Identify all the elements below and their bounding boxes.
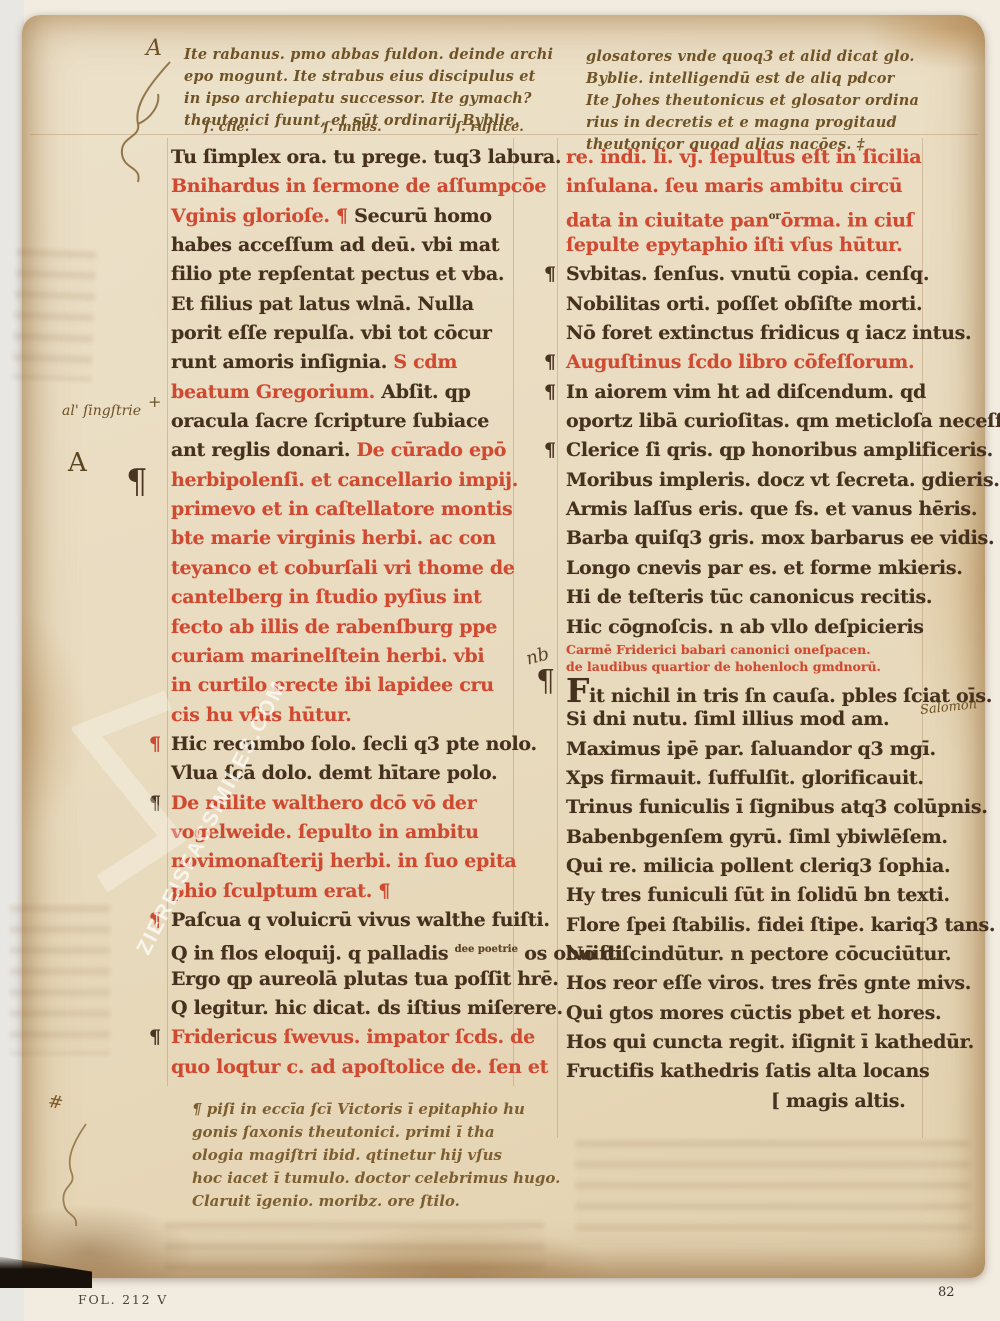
text-segment: cantelberg in ſtudio pyſius int [171, 586, 482, 608]
text-segment: beatum Gregorium. [171, 381, 381, 403]
manuscript-line: Vlua ſcā dolo. demt hītare polo. [171, 759, 513, 788]
text-segment: Carmē Friderici babari canonici oneſpace… [566, 642, 871, 657]
manuscript-line: Xps firmauit. ſuffulſit. glorificauit. [566, 764, 926, 793]
text-segment: Q in flos eloquij. q palladis [171, 943, 455, 965]
margin-cross-mark: + [148, 392, 161, 411]
manuscript-line: Ergo qp aureolā plutas tua poſſit hrē. [171, 965, 513, 994]
manuscript-line: Vginis glorioſe. ¶ Securū homo [171, 202, 513, 231]
text-column-right: re. indi. li. vj. ſepultus eſt in ſicili… [566, 143, 926, 1116]
text-segment: porit eſſe repulſa. vbi tot cōcur [171, 322, 492, 344]
pilcrow-mark: ¶ [149, 1023, 161, 1052]
text-segment: ſepulte epytaphio iſti vſus hūtur. [566, 234, 902, 256]
manuscript-line: ant reglis donari. De cūrado epō [171, 436, 513, 465]
text-segment: herbipolenſi. et cancellario impij. [171, 469, 518, 491]
manuscript-line: ¶Paſcua q voluicrū vivus walthe fuiſti. [171, 906, 513, 935]
manuscript-line: ¶De milite walthero dcō vō der [171, 789, 513, 818]
manuscript-line: Hy tres funiculi ſūt in ſolidū bn texti. [566, 881, 926, 910]
text-segment: ¶ piſi in eccīa ſcī Victoris ī epitaphio… [192, 1100, 525, 1118]
gloss-item: ſ. ruſtice. [456, 120, 524, 135]
text-segment: Ergo qp aureolā plutas tua poſſit hrē. [171, 968, 559, 990]
manuscript-line: oracula ſacre ſcripture ſubiace [171, 407, 513, 436]
manuscript-line: rius in decretis et e magna progitaud [586, 112, 919, 134]
text-segment: Claruit īgenio. moribz. ore ſtilo. [192, 1192, 460, 1210]
manuscript-line: porit eſſe repulſa. vbi tot cōcur [171, 319, 513, 348]
text-segment: Clerice ſi qris. qp honoribus amplificer… [566, 439, 993, 461]
manuscript-line: ¶Hic recumbo ſolo. ſecli q3 pte nolo. [171, 730, 513, 759]
manuscript-line: Carmē Friderici babari canonici oneſpace… [566, 642, 926, 659]
manuscript-line: Maximus ipē par. ſaluandor q3 mgī. [566, 735, 926, 764]
text-segment: fecto ab illis de rabenſburg ppe [171, 616, 497, 638]
manuscript-line: teyanco et coburſali vri thome de [171, 554, 513, 583]
manuscript-line: [ magis altis. [566, 1087, 926, 1116]
text-segment: Q legitur. hic dicat. ds iſtius miſerere… [171, 997, 563, 1019]
pilcrow-mark: ¶ [544, 260, 556, 289]
text-segment: quo loqtur c. ad apoſtolice de. ſen et [171, 1056, 548, 1078]
pilcrow-mark: ¶ [149, 730, 161, 759]
manuscript-line: Flore ſpei ſtabilis. fidei ſtipe. kariq3… [566, 911, 926, 940]
text-segment: runt amoris inſignia. [171, 351, 393, 373]
text-segment: teyanco et coburſali vri thome de [171, 557, 515, 579]
manuscript-line: ¶Clerice ſi qris. qp honoribus amplifice… [566, 436, 926, 465]
text-segment: Qui gtos mores cūctis pbet et hores. [566, 1002, 941, 1024]
text-segment: bte marie virginis herbi. ac con [171, 527, 496, 549]
pen-flourish-bottom-icon [52, 1120, 102, 1230]
header-gloss-left: Ite rabanus. pmo abbas fuldon. deinde ar… [184, 44, 553, 132]
folio-label: FOL. 212 V [78, 1292, 168, 1307]
text-segment: Armis laſſus eris. que fs. et vanus hēri… [566, 498, 977, 520]
text-segment: Byblie. intelligendū est de aliq pdcor [586, 70, 894, 87]
text-segment: Barba quiſq3 gris. mox barbarus ee vidis… [566, 527, 994, 549]
manuscript-line: ¶Auguſtinus ſcdo libro cōfeſſorum. [566, 348, 926, 377]
text-segment: habes acceſſum ad deū. vbi mat [171, 234, 499, 256]
text-segment: cis hu vſus hūtur. [171, 704, 351, 726]
manuscript-line: ¶ piſi in eccīa ſcī Victoris ī epitaphio… [192, 1098, 560, 1121]
text-segment: Nō foret extinctus fridicus q iacz intus… [566, 322, 971, 344]
manuscript-line: ¶Svbitas. ſenſus. vnutū copia. cenſq. [566, 260, 926, 289]
text-segment: ologia magiſtri ibid. qtinetur hij vſus [192, 1146, 502, 1164]
manuscript-line: Q in flos eloquij. q palladis dee poetri… [171, 935, 513, 964]
margin-letter-a: A [68, 448, 87, 478]
text-segment: filio pte repſentat pectus et vba. [171, 263, 504, 285]
text-segment: Abſit. qp [381, 381, 470, 403]
manuscript-line: vogelweide. ſepulto in ambitu [171, 818, 513, 847]
text-segment: rius in decretis et e magna progitaud [586, 114, 897, 131]
manuscript-line: Nō foret extinctus fridicus q iacz intus… [566, 319, 926, 348]
manuscript-line: re. indi. li. vj. ſepultus eſt in ſicili… [566, 143, 926, 172]
text-segment: Ite Johes theutonicus et glosator ordina [586, 92, 919, 109]
text-segment: or [769, 211, 781, 222]
manuscript-line: Si dni nutu. ſiml illius mod am. [566, 705, 926, 734]
header-gloss-right: glosatores vnde quoq3 et alid dicat glo.… [586, 46, 919, 156]
text-segment: gonis ſaxonis theutonici. primi ī tha [192, 1123, 495, 1141]
manuscript-line: Fit nichil in tris ſn cauſa. pbles ſciat… [566, 676, 926, 705]
facsimile-photo: Ite rabanus. pmo abbas fuldon. deinde ar… [0, 0, 1000, 1321]
margin-pilcrow-large: ¶ [126, 462, 148, 502]
manuscript-line: runt amoris inſignia. S cdm [171, 348, 513, 377]
manuscript-line: Hos reor eſſe viros. tres frēs gnte mivs… [566, 969, 926, 998]
manuscript-line: Armis laſſus eris. que fs. et vanus hēri… [566, 495, 926, 524]
manuscript-line: Qui re. milicia pollent cleriq3 ſophia. [566, 852, 926, 881]
manuscript-line: hoc iacet ī tumulo. doctor celebrimus hu… [192, 1167, 560, 1190]
text-segment: data in ciuitate pan [566, 209, 769, 231]
text-segment: Securū homo [354, 205, 492, 227]
text-segment: glosatores vnde quoq3 et alid dicat glo. [586, 48, 915, 65]
manuscript-line: Nobilitas orti. poſſet obſiſte morti. [566, 290, 926, 319]
manuscript-line: Fructifis kathedris ſatis alta locans [566, 1057, 926, 1086]
text-segment: de laudibus quartior de hohenloch gmdnor… [566, 659, 881, 674]
manuscript-line: Trinus funiculis ī ſignibus atq3 colūpni… [566, 793, 926, 822]
manuscript-line: Nō diſcindūtur. n pectore cōcuciūtur. [566, 940, 926, 969]
text-segment: Hos reor eſſe viros. tres frēs gnte mivs… [566, 972, 971, 994]
text-segment: Hic cōgnoſcis. n ab vllo deſpicieris [566, 616, 924, 638]
text-segment: Hos qui cuncta regit. iſignit ī kathedūr… [566, 1031, 974, 1053]
manuscript-line: Barba quiſq3 gris. mox barbarus ee vidis… [566, 524, 926, 553]
text-segment: [ magis altis. [771, 1090, 905, 1112]
text-segment: Longo cnevis par es. et forme mkieris. [566, 557, 963, 579]
manuscript-line: ¶In aiorem vim ht ad diſcendum. qd [566, 378, 926, 407]
text-segment: in curtilo erecte ibi lapidee cru [171, 674, 494, 696]
text-segment: F [566, 671, 589, 710]
text-segment: Bnihardus in ſermone de aſſumpcōe [171, 175, 546, 197]
manuscript-line: data in ciuitate panorōrma. in ciuſ [566, 202, 926, 231]
text-segment: Maximus ipē par. ſaluandor q3 mgī. [566, 738, 936, 760]
manuscript-line: epo mogunt. Ite strabus eius discipulus … [184, 66, 553, 88]
bleedthrough-text-left [12, 249, 96, 382]
manuscript-line: novimonaſterij herbi. in ſuo epita [171, 847, 513, 876]
pilcrow-mark: ¶ [544, 436, 556, 465]
manuscript-line: Hos qui cuncta regit. iſignit ī kathedūr… [566, 1028, 926, 1057]
text-segment: Vginis glorioſe. ¶ [171, 205, 354, 227]
text-segment: Auguſtinus ſcdo libro cōfeſſorum. [566, 351, 914, 373]
pilcrow-mark: ¶ [149, 906, 161, 935]
text-segment: Svbitas. ſenſus. vnutū copia. cenſq. [566, 263, 929, 285]
bleedthrough-text-bottom-left [165, 1222, 545, 1270]
text-segment: Et filius pat latus wlnā. Nulla [171, 293, 474, 315]
manuscript-line: in ipso archiepatu successor. Ite gymach… [184, 88, 553, 110]
text-segment: ōrma. in ciuſ [781, 209, 914, 231]
text-segment: Fructifis kathedris ſatis alta locans [566, 1060, 929, 1082]
manuscript-line: Ite Johes theutonicus et glosator ordina [586, 90, 919, 112]
manuscript-line: Q legitur. hic dicat. ds iſtius miſerere… [171, 994, 513, 1023]
cursive-addition-block: ¶ piſi in eccīa ſcī Victoris ī epitaphio… [192, 1098, 560, 1213]
text-segment: Tu ſimplex ora. tu prege. tuq3 labura. [171, 146, 561, 168]
text-segment: Paſcua q voluicrū vivus walthe fuiſti. [171, 909, 550, 931]
text-segment: Moribus impleris. docz vt ſecreta. gdier… [566, 469, 1000, 491]
text-segment: re. indi. li. vj. ſepultus eſt in ſicili… [566, 146, 921, 168]
manuscript-line: Hi de teſteris tūc canonicus recitis. [566, 583, 926, 612]
text-segment: Qui re. milicia pollent cleriq3 ſophia. [566, 855, 950, 877]
ruling-line-vertical-1 [167, 138, 168, 1086]
text-segment: Hic recumbo ſolo. ſecli q3 pte nolo. [171, 733, 537, 755]
pilcrow-mark: ¶ [149, 789, 161, 818]
manuscript-line: Hic cōgnoſcis. n ab vllo deſpicieris [566, 613, 926, 642]
manuscript-line: Byblie. intelligendū est de aliq pdcor [586, 68, 919, 90]
text-segment: Si dni nutu. ſiml illius mod am. [566, 708, 889, 730]
text-segment: novimonaſterij herbi. in ſuo epita [171, 850, 516, 872]
manuscript-line: inſulana. ſeu maris ambitu circū [566, 172, 926, 201]
manuscript-line: Moribus impleris. docz vt ſecreta. gdier… [566, 466, 926, 495]
manuscript-line: gonis ſaxonis theutonici. primi ī tha [192, 1121, 560, 1144]
manuscript-line: Longo cnevis par es. et forme mkieris. [566, 554, 926, 583]
manuscript-line: bte marie virginis herbi. ac con [171, 524, 513, 553]
text-segment: oportz libā curioſitas. qm meticloſa nec… [566, 410, 1000, 432]
text-segment: in ipso archiepatu successor. Ite gymach… [184, 90, 532, 107]
manuscript-line: Claruit īgenio. moribz. ore ſtilo. [192, 1190, 560, 1213]
manuscript-line: cis hu vſus hūtur. [171, 701, 513, 730]
manuscript-line: Bnihardus in ſermone de aſſumpcōe [171, 172, 513, 201]
manuscript-line: glosatores vnde quoq3 et alid dicat glo. [586, 46, 919, 68]
text-segment: hoc iacet ī tumulo. doctor celebrimus hu… [192, 1169, 560, 1187]
manuscript-line: habes acceſſum ad deū. vbi mat [171, 231, 513, 260]
text-segment: dee poetrie [455, 944, 518, 955]
text-column-left: Tu ſimplex ora. tu prege. tuq3 labura.Bn… [171, 143, 513, 1082]
gloss-item: ſ. clīe. [204, 120, 249, 135]
gutter-pilcrow: ¶ [536, 664, 555, 699]
text-segment: Hy tres funiculi ſūt in ſolidū bn texti. [566, 884, 950, 906]
bleedthrough-text-bottom-right [575, 1140, 970, 1245]
text-segment: Babenbgenſem gyrū. ſiml ybiwlēſem. [566, 826, 948, 848]
manuscript-line: beatum Gregorium. Abſit. qp [171, 378, 513, 407]
text-segment: De milite walthero dcō vō der [171, 792, 476, 814]
bleedthrough-text-left-lower [10, 905, 110, 1055]
manuscript-line: Et filius pat latus wlnā. Nulla [171, 290, 513, 319]
text-segment: epo mogunt. Ite strabus eius discipulus … [184, 68, 536, 85]
manuscript-line: in curtilo erecte ibi lapidee cru [171, 671, 513, 700]
pen-flourish-icon [108, 58, 188, 188]
text-segment: Flore ſpei ſtabilis. fidei ſtipe. kariq3… [566, 914, 995, 936]
text-segment: curiam marinelſtein herbi. vbi [171, 645, 484, 667]
header-gloss-subrow: ſ. clīe.ſ. miles.ſ. ruſtice. [204, 120, 524, 135]
manuscript-line: Tu ſimplex ora. tu prege. tuq3 labura. [171, 143, 513, 172]
text-segment: In aiorem vim ht ad diſcendum. qd [566, 381, 926, 403]
manuscript-line: herbipolenſi. et cancellario impij. [171, 466, 513, 495]
text-segment: Nō diſcindūtur. n pectore cōcuciūtur. [566, 943, 951, 965]
manuscript-line: ologia magiſtri ibid. qtinetur hij vſus [192, 1144, 560, 1167]
text-segment: inſulana. ſeu maris ambitu circū [566, 175, 902, 197]
text-segment: Nobilitas orti. poſſet obſiſte morti. [566, 293, 922, 315]
page-number: 82 [938, 1285, 955, 1300]
manuscript-line: ¶Fridericus ſwevus. impator ſcds. de [171, 1023, 513, 1052]
text-segment: vogelweide. ſepulto in ambitu [171, 821, 479, 843]
text-segment: Trinus funiculis ī ſignibus atq3 colūpni… [566, 796, 988, 818]
text-segment: Vlua ſcā dolo. demt hītare polo. [171, 762, 497, 784]
manuscript-line: curiam marinelſtein herbi. vbi [171, 642, 513, 671]
text-segment: Ite rabanus. pmo abbas fuldon. deinde ar… [184, 46, 553, 63]
manuscript-line: filio pte repſentat pectus et vba. [171, 260, 513, 289]
text-segment: Hi de teſteris tūc canonicus recitis. [566, 586, 932, 608]
manuscript-line: Ite rabanus. pmo abbas fuldon. deinde ar… [184, 44, 553, 66]
text-segment: S cdm [393, 351, 457, 373]
pilcrow-mark: ¶ [544, 378, 556, 407]
manuscript-line: ſepulte epytaphio iſti vſus hūtur. [566, 231, 926, 260]
manuscript-line: fecto ab illis de rabenſburg ppe [171, 613, 513, 642]
manuscript-line: de laudibus quartior de hohenloch gmdnor… [566, 659, 926, 676]
text-segment: ant reglis donari. [171, 439, 357, 461]
manuscript-line: phio ſculptum erat. ¶ [171, 877, 513, 906]
text-segment: Fridericus ſwevus. impator ſcds. de [171, 1026, 535, 1048]
manuscript-line: Babenbgenſem gyrū. ſiml ybiwlēſem. [566, 823, 926, 852]
pilcrow-mark: ¶ [544, 348, 556, 377]
text-segment: primevo et in caſtellatore montis [171, 498, 512, 520]
text-segment: De cūrado epō [357, 439, 507, 461]
manuscript-line: primevo et in caſtellatore montis [171, 495, 513, 524]
manuscript-line: Qui gtos mores cūctis pbet et hores. [566, 999, 926, 1028]
text-segment: oracula ſacre ſcripture ſubiace [171, 410, 489, 432]
manuscript-line: quo loqtur c. ad apoſtolice de. ſen et [171, 1053, 513, 1082]
manuscript-line: cantelberg in ſtudio pyſius int [171, 583, 513, 612]
text-segment: phio ſculptum erat. ¶ [171, 880, 390, 902]
gloss-item: ſ. miles. [323, 120, 381, 135]
margin-note-singstrie: al' ſingſtrie [62, 403, 141, 419]
manuscript-line: oportz libā curioſitas. qm meticloſa nec… [566, 407, 926, 436]
text-segment: Xps firmauit. ſuffulſit. glorificauit. [566, 767, 924, 789]
